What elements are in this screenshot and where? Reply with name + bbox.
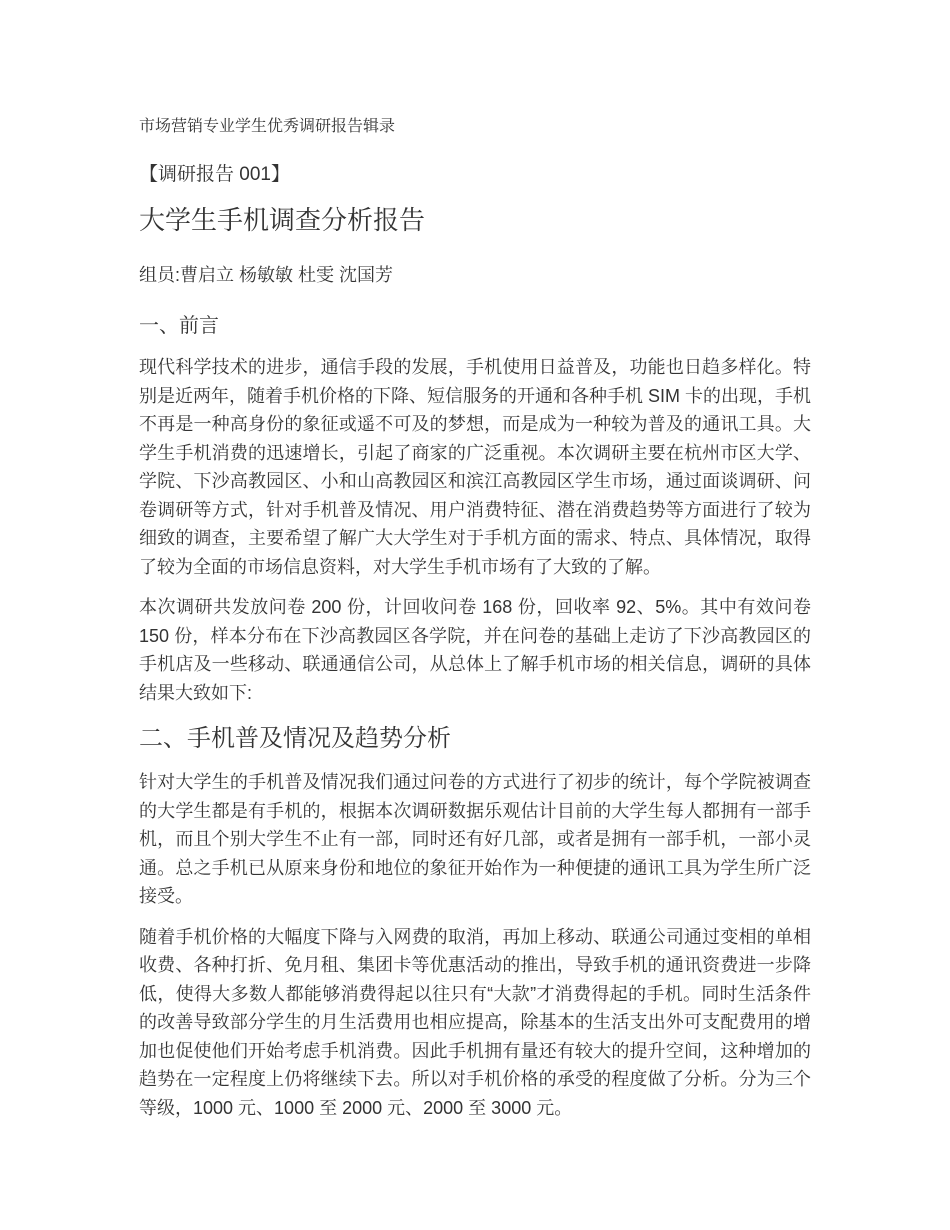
paragraph-preface-1: 现代科学技术的进步，通信手段的发展，手机使用日益普及，功能也日趋多样化。特别是近… bbox=[139, 353, 811, 581]
document-page: 市场营销专业学生优秀调研报告辑录 【调研报告 001】 大学生手机调查分析报告 … bbox=[0, 0, 950, 1230]
paragraph-analysis-1: 针对大学生的手机普及情况我们通过问卷的方式进行了初步的统计，每个学院被调查的大学… bbox=[139, 768, 811, 911]
team-members-line: 组员:曹启立 杨敏敏 杜雯 沈国芳 bbox=[139, 261, 811, 289]
collection-header: 市场营销专业学生优秀调研报告辑录 bbox=[139, 115, 811, 139]
document-title: 大学生手机调查分析报告 bbox=[139, 201, 811, 239]
report-number-tag: 【调研报告 001】 bbox=[139, 161, 811, 189]
section-heading-popularity-analysis: 二、手机普及情况及趋势分析 bbox=[139, 722, 811, 756]
paragraph-analysis-2: 随着手机价格的大幅度下降与入网费的取消，再加上移动、联通公司通过变相的单相收费、… bbox=[139, 923, 811, 1123]
paragraph-preface-2: 本次调研共发放问卷 200 份，计回收问卷 168 份，回收率 92、5%。其中… bbox=[139, 593, 811, 707]
section-heading-preface: 一、前言 bbox=[139, 311, 811, 341]
